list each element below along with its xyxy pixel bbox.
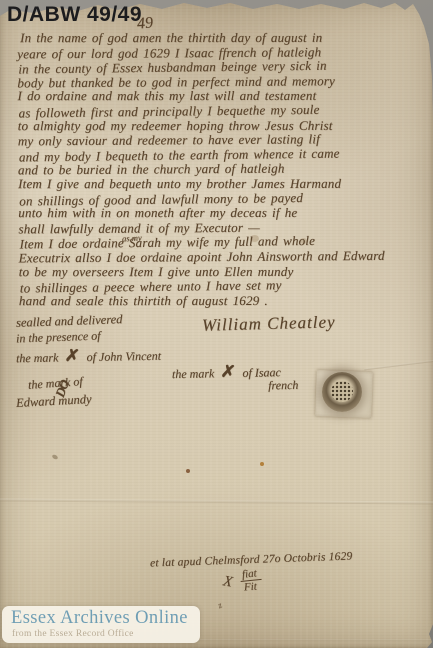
will-line: In the name of god amen the thirtith day…: [17, 30, 427, 45]
document-scan-view: D/ABW 49/49 49 In the name of god amen t…: [0, 0, 433, 648]
ink-stain: [51, 454, 58, 460]
interlinear-insertion: as my: [122, 232, 142, 243]
witness-signature: William Cheatley: [202, 312, 336, 335]
testator-surname: french: [268, 378, 298, 394]
will-line: to almighty god my redeemer hoping throw…: [18, 117, 428, 132]
will-text-block: In the name of god amen the thirtith day…: [17, 29, 429, 309]
witness-mark-john: the mark ✗ of John Vincent: [16, 345, 161, 368]
cross-mark-icon: ✗: [64, 345, 81, 367]
watermark-subtitle: from the Essex Record Office: [12, 629, 134, 639]
watermark-title: Essex Archives Online: [11, 608, 188, 629]
essex-archives-watermark: Essex Archives Online from the Essex Rec…: [2, 606, 200, 643]
horizontal-fold-crease: [0, 498, 433, 504]
wax-seal-crosshatch: [331, 381, 353, 402]
will-line: unto him with in on moneth after my dece…: [18, 205, 428, 220]
cross-mark-icon: ✗: [220, 361, 237, 383]
ink-stain: [260, 462, 264, 466]
archive-reference-label: D/ABW 49/49: [7, 3, 142, 27]
mark-prefix: the mark: [16, 351, 59, 366]
ink-stain: [186, 469, 190, 473]
testator-mark-isaac: the mark ✗ of Isaac french: [172, 361, 299, 395]
mark-prefix: the mark: [172, 366, 215, 381]
probate-fiat: fiat Fit: [240, 568, 261, 593]
fit-word: Fit: [240, 580, 261, 593]
attestation-line: in the presence of: [16, 329, 101, 347]
diagonal-crease: [364, 360, 433, 371]
mark-suffix: of John Vincent: [86, 349, 161, 364]
will-line: hand and seale this thirtith of august 1…: [19, 293, 429, 308]
